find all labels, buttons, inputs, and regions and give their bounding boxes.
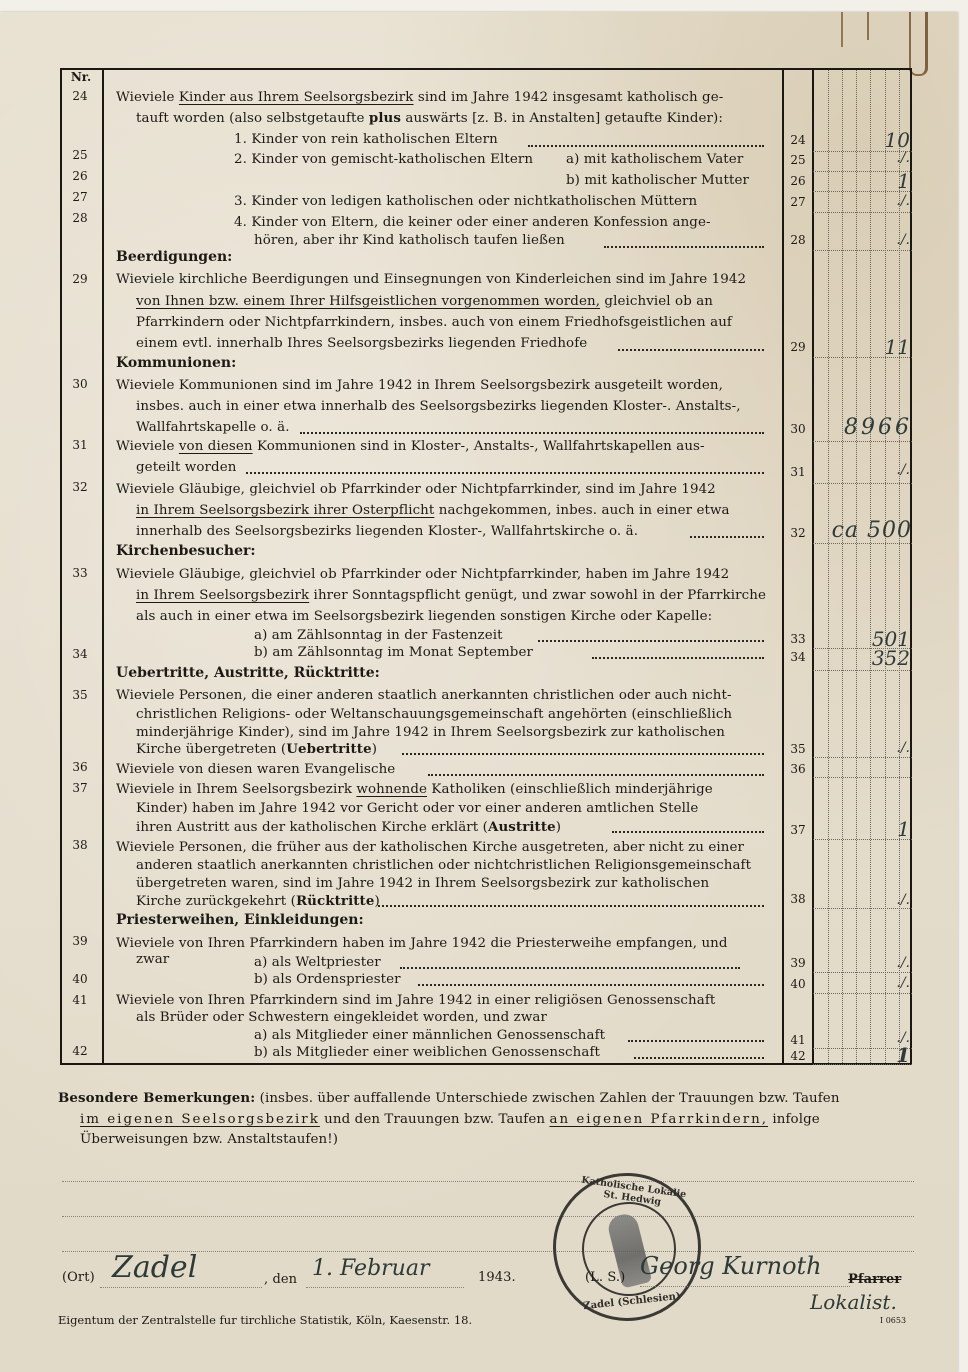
dot-leader: [300, 432, 764, 434]
question-38-line2: anderen staatlich anerkannten christlich…: [136, 856, 751, 875]
row-number: 31: [62, 438, 98, 452]
line-number: 29: [784, 340, 812, 354]
question-41-line2: als Brüder oder Schwestern eingekleidet …: [136, 1008, 547, 1027]
line-number: 41: [784, 1033, 812, 1047]
remarks-input-line[interactable]: [62, 1181, 914, 1182]
line-number: 40: [784, 977, 812, 991]
handwritten-value-34[interactable]: 352: [830, 646, 910, 670]
grid-dotted-line: [856, 70, 857, 1063]
grid-dotted-line: [885, 70, 886, 1063]
question-30-line1: Wieviele Kommunionen sind im Jahre 1942 …: [116, 376, 723, 395]
question-28-item4-line1: 4. Kinder von Eltern, die keiner oder ei…: [234, 213, 711, 232]
dot-leader: [428, 774, 764, 776]
question-33-line1: Wieviele Gläubige, gleichviel ob Pfarrki…: [116, 565, 729, 584]
text: auswärts [z. B. in Anstalten] getaufte K…: [401, 111, 723, 126]
underlined-text: an eigenen Pfarrkindern,: [549, 1112, 768, 1127]
row-number: 41: [62, 993, 98, 1007]
underlined-text: in Ihrem Seelsorgsbezirk ihrer Osterpfli…: [136, 503, 434, 518]
text: Wieviele: [116, 439, 179, 454]
text: Kirche übergetreten (: [136, 742, 286, 757]
line-number: 34: [784, 650, 812, 664]
question-24-line2: tauft worden (also selbstgetaufte plus a…: [136, 109, 723, 128]
row-number: 33: [62, 566, 98, 580]
remarks-label: Besondere Bemerkungen:: [58, 1090, 255, 1106]
question-38-line4: Kirche zurückgekehrt (Rücktritte): [136, 892, 380, 911]
line-number: 27: [784, 195, 812, 209]
dot-leader: [402, 753, 764, 755]
remarks-line1: Besondere Bemerkungen: (insbes. über auf…: [58, 1089, 840, 1108]
question-29-line2: von Ihnen bzw. einem Ihrer Hilfsgeistlic…: [136, 292, 713, 311]
line-number: 38: [784, 892, 812, 906]
question-31-line2: geteilt worden: [136, 458, 236, 477]
question-38-line3: übergetreten waren, sind im Jahre 1942 i…: [136, 874, 709, 893]
question-29-line3: Pfarrkindern oder Nichtpfarrkindern, ins…: [136, 313, 732, 332]
line-number: 35: [784, 742, 812, 756]
question-35-line2: christlichen Religions- oder Weltanschau…: [136, 705, 732, 724]
question-33-line3: als auch in einer etwa im Seelsorgsbezir…: [136, 607, 712, 626]
remarks-line2: im eigenen Seelsorgsbezirk und den Trauu…: [80, 1110, 820, 1129]
line-number: 25: [784, 153, 812, 167]
text: gleichviel ob an: [600, 294, 713, 309]
handwritten-value-27[interactable]: ./.: [830, 193, 910, 209]
row-number: 40: [62, 972, 98, 986]
grid-dotted-line: [842, 70, 843, 1063]
handwritten-value-31[interactable]: ./.: [830, 462, 910, 478]
ort-label: (Ort): [62, 1268, 95, 1287]
text: Kirche zurückgekehrt (: [136, 894, 296, 909]
line-number: 33: [784, 632, 812, 646]
dot-leader: [618, 349, 764, 351]
handwritten-value-25[interactable]: ./.: [830, 150, 910, 166]
question-24-line1: Wieviele Kinder aus Ihrem Seelsorgsbezir…: [116, 88, 723, 107]
grid-dotted-line: [870, 70, 871, 1063]
row-number: 32: [62, 480, 98, 494]
handwritten-value-26[interactable]: 1: [830, 169, 910, 193]
handwritten-value-38[interactable]: ./.: [830, 892, 910, 908]
answer-line: [813, 908, 912, 909]
signature-handwritten[interactable]: Georg Kurnoth: [640, 1252, 822, 1280]
dot-leader: [690, 536, 764, 538]
line-number-divider: [812, 68, 814, 1065]
line-number: 26: [784, 174, 812, 188]
question-25-item2: 2. Kinder von gemischt-katholischen Elte…: [234, 150, 533, 169]
question-29-line4: einem evtl. innerhalb Ihres Seelsorgsbez…: [136, 334, 587, 353]
question-25-item2a: a) mit katholischem Vater: [566, 150, 743, 169]
ls-label: (L. S.): [585, 1268, 625, 1287]
dot-leader: [538, 640, 764, 642]
text: ihrer Sonntagspflicht genügt, und zwar s…: [309, 588, 766, 603]
line-number: 30: [784, 422, 812, 436]
question-30-line2: insbes. auch in einer etwa innerhalb des…: [136, 397, 741, 416]
answer-line: [813, 543, 912, 544]
handwritten-value-42[interactable]: 1: [830, 1043, 910, 1067]
row-number: 24: [62, 89, 98, 103]
row-number: 35: [62, 688, 98, 702]
line-number: 32: [784, 526, 812, 540]
signature-line: [640, 1286, 850, 1287]
handwritten-value-37[interactable]: 1: [830, 817, 910, 841]
text-column-divider: [782, 68, 784, 1065]
bold-text: Austritte: [488, 819, 556, 835]
text: (insbes. über auffallende Unterschiede z…: [255, 1091, 839, 1106]
answer-line: [813, 441, 912, 442]
handwritten-value-40[interactable]: ./.: [830, 975, 910, 991]
date-field-line: [306, 1287, 464, 1288]
answer-line: [813, 777, 912, 778]
question-32-line2: in Ihrem Seelsorgsbezirk ihrer Osterpfli…: [136, 501, 730, 520]
row-number: 37: [62, 781, 98, 795]
question-39-line2: zwar: [136, 950, 169, 969]
question-35-line4: Kirche übergetreten (Uebertritte): [136, 740, 377, 759]
answer-line: [813, 993, 912, 994]
dot-leader: [634, 1057, 764, 1059]
question-35-line1: Wieviele Personen, die einer anderen sta…: [116, 686, 732, 705]
text: Kommunionen sind in Kloster-, Anstalts-,…: [253, 439, 705, 454]
question-32-line3: innerhalb des Seelsorgsbezirks liegenden…: [136, 522, 638, 541]
question-26-item2b: b) mit katholischer Mutter: [566, 171, 749, 190]
question-32-line1: Wieviele Gläubige, gleichviel ob Pfarrki…: [116, 480, 716, 499]
bold-text: Rücktritte: [296, 893, 375, 909]
handwritten-value-24[interactable]: 10: [830, 128, 910, 152]
footer-owner-text: Eigentum der Zentralstelle fur tirchlich…: [58, 1313, 472, 1327]
row-number: 34: [62, 647, 98, 661]
text: ): [556, 820, 561, 835]
handwritten-value-30[interactable]: 8966: [820, 415, 912, 440]
dot-leader: [418, 984, 764, 986]
section-heading-kommunionen: Kommunionen:: [116, 355, 236, 371]
bold-text: Uebertritte: [286, 741, 371, 757]
text: sind im Jahre 1942 insgesamt katholisch …: [414, 90, 724, 105]
nr-column-divider: [102, 68, 104, 1065]
row-number: 29: [62, 272, 98, 286]
answer-line: [813, 972, 912, 973]
question-30-line3: Wallfahrtskapelle o. ä.: [136, 418, 290, 437]
underlined-text: wohnende: [356, 782, 427, 797]
handwritten-value-39[interactable]: ./.: [830, 955, 910, 971]
underlined-text: von Ihnen bzw. einem Ihrer Hilfsgeistlic…: [136, 294, 600, 309]
question-24-item1: 1. Kinder von rein katholischen Eltern: [234, 130, 498, 149]
row-number: 26: [62, 169, 98, 183]
text: Katholiken (einschließlich minderjährige: [427, 782, 713, 797]
answer-line: [813, 757, 912, 758]
answer-line: [813, 483, 912, 484]
dot-leader: [400, 967, 740, 969]
dot-leader: [528, 145, 764, 147]
question-40-option-b: b) als Ordenspriester: [254, 970, 401, 989]
question-38-line1: Wieviele Personen, die früher aus der ka…: [116, 838, 744, 857]
dot-leader: [604, 246, 764, 248]
section-heading-uebertritte: Uebertritte, Austritte, Rücktritte:: [116, 665, 380, 681]
row-number: 25: [62, 148, 98, 162]
ort-handwritten[interactable]: Zadel: [112, 1250, 197, 1285]
dot-leader: [628, 1040, 764, 1042]
pfarrer-title-struck: Pfarrer: [848, 1270, 901, 1289]
grid-dotted-line: [828, 70, 829, 1063]
text: ihren Austritt aus der katholischen Kirc…: [136, 820, 488, 835]
remarks-input-line[interactable]: [62, 1216, 914, 1217]
form-code: I 0653: [880, 1316, 906, 1325]
question-31-line1: Wieviele von diesen Kommunionen sind in …: [116, 437, 705, 456]
date-handwritten[interactable]: 1. Februar: [312, 1256, 429, 1281]
text: infolge: [768, 1112, 820, 1127]
question-33-line2: in Ihrem Seelsorgsbezirk ihrer Sonntagsp…: [136, 586, 766, 605]
text: nachgekommen, inbes. auch in einer etwa: [434, 503, 729, 518]
den-label: , den: [264, 1270, 297, 1289]
row-number: 27: [62, 190, 98, 204]
question-39-line1: Wieviele von Ihren Pfarrkindern haben im…: [116, 934, 728, 953]
question-34-option-b: b) am Zählsonntag im Monat September: [254, 643, 533, 662]
line-number: 42: [784, 1049, 812, 1063]
row-number: 38: [62, 838, 98, 852]
question-28-item4-line2: hören, aber ihr Kind katholisch taufen l…: [254, 231, 565, 250]
text: Wieviele in Ihrem Seelsorgsbezirk: [116, 782, 356, 797]
year-label: 1943.: [478, 1268, 516, 1287]
underlined-text: in Ihrem Seelsorgsbezirk: [136, 588, 309, 603]
line-number: 31: [784, 465, 812, 479]
line-number: 36: [784, 762, 812, 776]
line-number: 37: [784, 823, 812, 837]
grid-dotted-line: [899, 70, 900, 1063]
dot-leader: [378, 905, 764, 907]
question-37-line3: ihren Austritt aus der katholischen Kirc…: [136, 818, 561, 837]
question-27-item3: 3. Kinder von ledigen katholischen oder …: [234, 192, 697, 211]
text: und den Trauungen bzw. Taufen: [320, 1112, 550, 1127]
parish-seal-stamp: Katholische Lokalie St. Hedwig Zadel (Sc…: [553, 1173, 701, 1321]
section-heading-kirchenbesucher: Kirchenbesucher:: [116, 543, 256, 559]
row-number: 39: [62, 934, 98, 948]
underlined-text: im eigenen Seelsorgsbezirk: [80, 1112, 320, 1127]
answer-line: [813, 250, 912, 251]
underlined-text: Kinder aus Ihrem Seelsorgsbezirk: [179, 90, 414, 105]
line-number: 39: [784, 956, 812, 970]
staple-mark: [867, 12, 869, 40]
question-29-line1: Wieviele kirchliche Beerdigungen und Ein…: [116, 270, 746, 289]
dot-leader: [592, 657, 764, 659]
row-number: 36: [62, 760, 98, 774]
underlined-text: von diesen: [179, 439, 253, 454]
paperclip-mark: [909, 12, 928, 76]
row-number: 28: [62, 211, 98, 225]
line-number: 24: [784, 133, 812, 147]
lokalist-correction[interactable]: Lokalist.: [810, 1290, 897, 1314]
nr-column-header: Nr.: [64, 70, 98, 84]
row-number: 30: [62, 377, 98, 391]
section-heading-priesterweihen: Priesterweihen, Einkleidungen:: [116, 912, 364, 928]
handwritten-value-28[interactable]: ./.: [830, 232, 910, 248]
dot-leader: [612, 831, 764, 833]
line-number: 28: [784, 233, 812, 247]
question-37-line2: Kinder) haben im Jahre 1942 vor Gericht …: [136, 799, 698, 818]
question-42-option-b: b) als Mitglieder einer weiblichen Genos…: [254, 1043, 600, 1062]
answer-line: [813, 212, 912, 213]
question-36: Wieviele von diesen waren Evangelische: [116, 760, 395, 779]
bold-text: plus: [369, 110, 401, 126]
ort-field-line: [100, 1287, 262, 1288]
text: tauft worden (also selbstgetaufte: [136, 111, 369, 126]
handwritten-value-32[interactable]: ca 500: [816, 518, 912, 543]
dot-leader: [246, 472, 764, 474]
handwritten-value-35[interactable]: ./.: [830, 740, 910, 756]
handwritten-value-29[interactable]: 11: [830, 335, 910, 359]
remarks-line3: Überweisungen bzw. Anstaltstaufen!): [80, 1130, 338, 1149]
text: ): [372, 742, 377, 757]
section-heading-beerdigungen: Beerdigungen:: [116, 249, 232, 265]
text: Wieviele: [116, 90, 179, 105]
question-37-line1: Wieviele in Ihrem Seelsorgsbezirk wohnen…: [116, 780, 713, 799]
row-number: 42: [62, 1044, 98, 1058]
answer-line: [813, 670, 912, 671]
staple-mark: [841, 12, 843, 47]
